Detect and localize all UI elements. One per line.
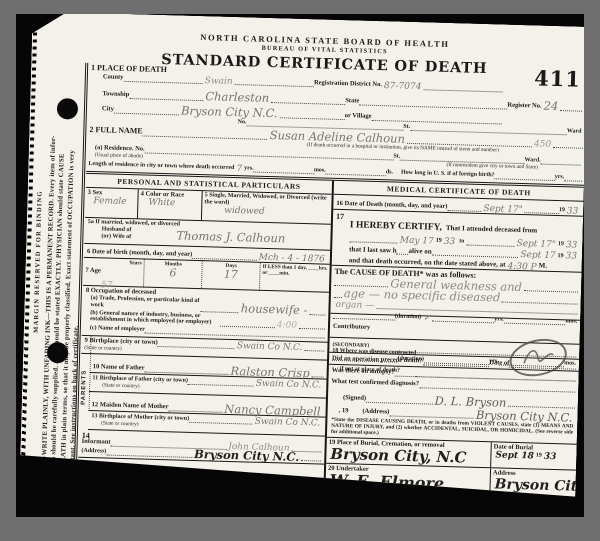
township-value: Charleston xyxy=(205,91,269,104)
dotted-line xyxy=(334,289,342,297)
abode-note: (Usual place of abode) xyxy=(95,152,143,159)
or-village-label: or Village xyxy=(345,112,372,121)
street-no-label: No. xyxy=(238,119,247,126)
age-years-label: Years xyxy=(129,260,142,266)
registration-district-label: Registration District No. xyxy=(314,79,382,89)
dob-label: 6 Date of birth (month, day, and year) xyxy=(87,248,192,259)
register-no-value: 24 xyxy=(543,101,558,113)
lastsaw-19: 19 xyxy=(557,253,563,260)
lastsaw-year-value: 33 xyxy=(565,253,577,262)
from-19: 19 xyxy=(436,238,442,245)
occupation-c-label: (c) Name of employer xyxy=(90,326,145,334)
filed-date-value: 9-30 xyxy=(97,467,126,479)
operation-label: Did an operation precede death? xyxy=(332,355,423,365)
dotted-line xyxy=(524,283,578,293)
ds-label: ds. xyxy=(386,169,393,176)
dotted-line xyxy=(267,473,281,481)
burial-year-value: 33 xyxy=(544,453,557,462)
attended-from-value: May 17 xyxy=(400,237,434,247)
to-label: to xyxy=(459,238,464,245)
city-label: City xyxy=(102,105,114,113)
burial-value: Bryson City, N.C xyxy=(330,447,486,466)
length-of-residence-value: 7 xyxy=(236,165,242,174)
dotted-line xyxy=(254,165,314,175)
age-less-label: If LESS than 1 day, ____hrs. or ____min. xyxy=(262,264,327,278)
medical-certificate-column: MEDICAL CERTIFICATE OF DEATH 16 Date of … xyxy=(325,181,584,500)
burial-19: 19 xyxy=(536,452,542,459)
certify-number: 17 xyxy=(336,212,344,222)
spouse-value: Thomas J. Calhoun xyxy=(176,230,285,245)
age-days-value: 17 xyxy=(206,268,255,280)
to-19: 19 xyxy=(558,241,564,248)
dotted-line xyxy=(299,321,325,330)
dotted-line xyxy=(423,82,503,92)
dotted-line xyxy=(502,294,578,304)
last-saw-pre: that I last saw h xyxy=(349,245,397,255)
signed-19-label: , 19 xyxy=(339,407,349,415)
certify-rest: That I attended deceased from xyxy=(446,224,537,235)
dotted-line xyxy=(525,205,559,214)
sex-value: Female xyxy=(93,197,133,207)
dod-19: 19 xyxy=(559,207,565,214)
dotted-line xyxy=(301,453,321,462)
cause-line3: organ — xyxy=(335,300,374,310)
dotted-line xyxy=(312,369,324,377)
ward-label: Ward xyxy=(567,128,582,135)
date-of-death-label: 16 Date of Death (month, day, and year) xyxy=(336,200,447,211)
dotted-line xyxy=(114,105,179,115)
register-no-label: Register No. xyxy=(507,101,541,110)
father-name-label: 10 Name of Father xyxy=(93,363,145,372)
dotted-line xyxy=(466,238,515,247)
undertaker-address-value: Bryson City xyxy=(494,477,571,493)
dotted-line xyxy=(541,157,581,166)
to-year-value: 33 xyxy=(566,241,578,250)
physician-address-label: (Address) xyxy=(362,408,389,417)
parents-label: PARENTS xyxy=(81,370,88,405)
marital-value: widowed xyxy=(224,207,327,219)
from-year-value: 33 xyxy=(444,238,456,247)
filed-19: 19 xyxy=(128,470,134,477)
registration-district-value: 87-7074 xyxy=(384,82,422,92)
dotted-line xyxy=(220,319,275,329)
dotted-line xyxy=(200,304,239,313)
dotted-line xyxy=(326,167,386,177)
dotted-line xyxy=(235,77,315,87)
dotted-line xyxy=(432,248,519,258)
mother-birthplace-value: Swain Co N.C. xyxy=(255,418,321,429)
dotted-line xyxy=(271,95,345,105)
dotted-line xyxy=(553,140,583,149)
age-label: 7 Age xyxy=(85,267,101,274)
full-name-label: 2 FULL NAME xyxy=(89,125,143,136)
race-value: White xyxy=(148,198,197,208)
dotted-line xyxy=(309,307,325,315)
dotted-line xyxy=(494,171,554,181)
personal-particulars-column: PERSONAL AND STATISTICAL PARTICULARS 3 S… xyxy=(77,174,334,493)
dotted-line xyxy=(143,128,268,139)
certificate-form: NORTH CAROLINA STATE BOARD OF HEALTH BUR… xyxy=(78,14,584,497)
dotted-line xyxy=(129,91,203,101)
attended-to-value: Sept 17" xyxy=(516,240,556,250)
informant-address-label: (Address) xyxy=(81,448,106,456)
dotted-line xyxy=(564,173,582,181)
contributory-label: Contributory xyxy=(333,323,370,331)
form-columns: PERSONAL AND STATISTICAL PARTICULARS 3 S… xyxy=(77,171,584,500)
dotted-line xyxy=(192,251,257,261)
last-saw-value: Sept 17 xyxy=(520,251,555,261)
signed-label: (Signed) xyxy=(343,394,366,402)
nonresident-note: (If nonresident give city or town and St… xyxy=(446,162,537,171)
filed-year-value: 33 xyxy=(136,470,149,479)
scan-background: MARGIN RESERVED FOR BINDING N. B.—WRITE … xyxy=(16,14,584,517)
informant-label: Informant xyxy=(82,438,111,447)
registrar-label: REGISTRAR xyxy=(81,476,321,489)
dotted-line xyxy=(447,203,481,212)
dotted-line xyxy=(560,103,582,112)
last-saw-post: alive on xyxy=(408,247,431,256)
city-value: Bryson City N.C. xyxy=(181,106,278,120)
mos-label: mos. xyxy=(314,167,326,174)
dotted-line xyxy=(280,110,345,120)
registrar-signature: Mrs. Exie Wilson xyxy=(156,469,265,484)
dod-year-value: 33 xyxy=(567,207,579,216)
dotted-line xyxy=(304,343,324,352)
county-value: Swain xyxy=(205,77,233,87)
dotted-line xyxy=(422,357,489,367)
filed-label: Filed xyxy=(81,468,95,476)
length-of-residence-label: Length of residence in city or town wher… xyxy=(88,161,234,172)
township-label: Township xyxy=(102,90,129,99)
dotted-line xyxy=(359,97,507,109)
undertaker-value: W. E. Elmore xyxy=(329,473,485,493)
dotted-line xyxy=(396,247,408,255)
certify-lead: I HEREBY CERTIFY, xyxy=(350,220,442,233)
dotted-line xyxy=(168,403,222,412)
dotted-line xyxy=(410,123,567,135)
foreign-birth-label: How long in U. S. if of foreign birth? xyxy=(401,170,495,180)
burial-date-value: Sept 18 xyxy=(495,451,534,461)
death-certificate-paper: MARGIN RESERVED FOR BINDING N. B.—WRITE … xyxy=(20,14,584,497)
father-birthplace-value: Swain Co N.C. xyxy=(256,380,322,391)
circled-scribble-stamp-icon xyxy=(507,334,570,382)
yrs-label: yrs. xyxy=(244,165,254,172)
dotted-line xyxy=(349,234,398,243)
mother-name-label: 12 Maiden Name of Mother xyxy=(92,401,169,411)
birthplace-value: Swain Co N.C. xyxy=(237,342,303,353)
occupation-a-value: housewife - xyxy=(241,303,308,316)
county-label: County xyxy=(103,74,124,82)
yrs-label: yrs. xyxy=(555,174,565,181)
dotted-line xyxy=(144,365,228,375)
m-label: M. xyxy=(539,262,548,271)
certificate-number: 411 xyxy=(534,65,582,91)
age-months-value: 6 xyxy=(148,267,197,279)
dotted-line xyxy=(106,448,192,458)
state-label: State xyxy=(345,97,359,105)
dotted-line xyxy=(123,74,203,84)
